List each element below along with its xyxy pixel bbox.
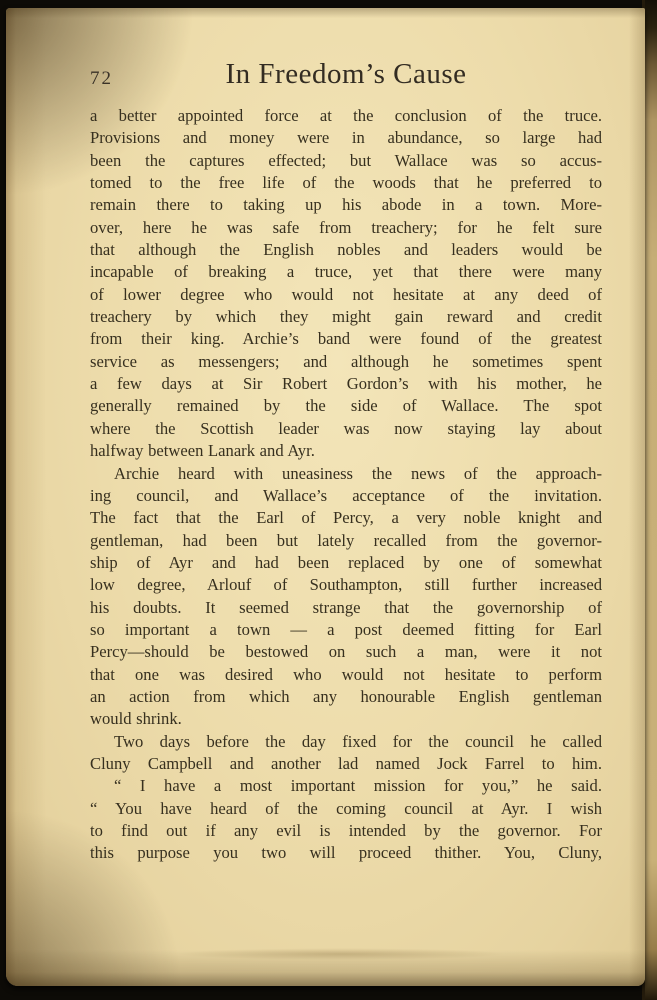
text-line: so important a town — a post deemed fitt…	[90, 619, 602, 641]
text-line: Two days before the day fixed for the co…	[90, 731, 602, 753]
text-line: where the Scottish leader was now stayin…	[90, 418, 602, 440]
paragraph: “ I have a most important mission for yo…	[90, 775, 602, 864]
text-line: gentleman, had been but lately recalled …	[90, 530, 602, 552]
text-line: from their king. Archie’s band were foun…	[90, 328, 602, 350]
text-line: Percy—should be bestowed on such a man, …	[90, 641, 602, 663]
paragraph: Two days before the day fixed for the co…	[90, 731, 602, 776]
text-line: treachery by which they might gain rewar…	[90, 306, 602, 328]
scanned-book-photo: 72 In Freedom’s Cause a better appointed…	[0, 0, 657, 1000]
text-line: a better appointed force at the conclusi…	[90, 105, 602, 127]
text-line: a few days at Sir Robert Gordon’s with h…	[90, 373, 602, 395]
text-line: Provisions and money were in abundance, …	[90, 127, 602, 149]
paragraph: Archie heard with uneasiness the news of…	[90, 463, 602, 731]
text-block: a better appointed force at the conclusi…	[90, 105, 602, 865]
text-line: that one was desired who would not hesit…	[90, 664, 602, 686]
text-line: to find out if any evil is intended by t…	[90, 820, 602, 842]
text-line: Cluny Campbell and another lad named Joc…	[90, 753, 602, 775]
text-line: that although the English nobles and lea…	[90, 239, 602, 261]
text-line: over, here he was safe from treachery; f…	[90, 217, 602, 239]
text-line: “ You have heard of the coming council a…	[90, 798, 602, 820]
text-line: The fact that the Earl of Percy, a very …	[90, 507, 602, 529]
text-line: incapable of breaking a truce, yet that …	[90, 261, 602, 283]
running-title: In Freedom’s Cause	[90, 58, 602, 91]
text-line: low degree, Arlouf of Southampton, still…	[90, 574, 602, 596]
text-line: “ I have a most important mission for yo…	[90, 775, 602, 797]
text-line: an action from which any honourable Engl…	[90, 686, 602, 708]
text-line: Archie heard with uneasiness the news of…	[90, 463, 602, 485]
book-page: 72 In Freedom’s Cause a better appointed…	[6, 8, 645, 986]
page-crease	[176, 948, 506, 960]
text-line: tomed to the free life of the woods that…	[90, 172, 602, 194]
paragraph: a better appointed force at the conclusi…	[90, 105, 602, 463]
text-line: this purpose you two will proceed thithe…	[90, 842, 602, 864]
text-line: halfway between Lanark and Ayr.	[90, 440, 602, 462]
text-line: ing council, and Wallace’s acceptance of…	[90, 485, 602, 507]
text-line: service as messengers; and although he s…	[90, 351, 602, 373]
text-line: would shrink.	[90, 708, 602, 730]
text-line: been the captures effected; but Wallace …	[90, 150, 602, 172]
text-line: generally remained by the side of Wallac…	[90, 395, 602, 417]
text-line: remain there to taking up his abode in a…	[90, 194, 602, 216]
text-line: his doubts. It seemed strange that the g…	[90, 597, 602, 619]
text-line: ship of Ayr and had been replaced by one…	[90, 552, 602, 574]
text-line: of lower degree who would not hesitate a…	[90, 284, 602, 306]
